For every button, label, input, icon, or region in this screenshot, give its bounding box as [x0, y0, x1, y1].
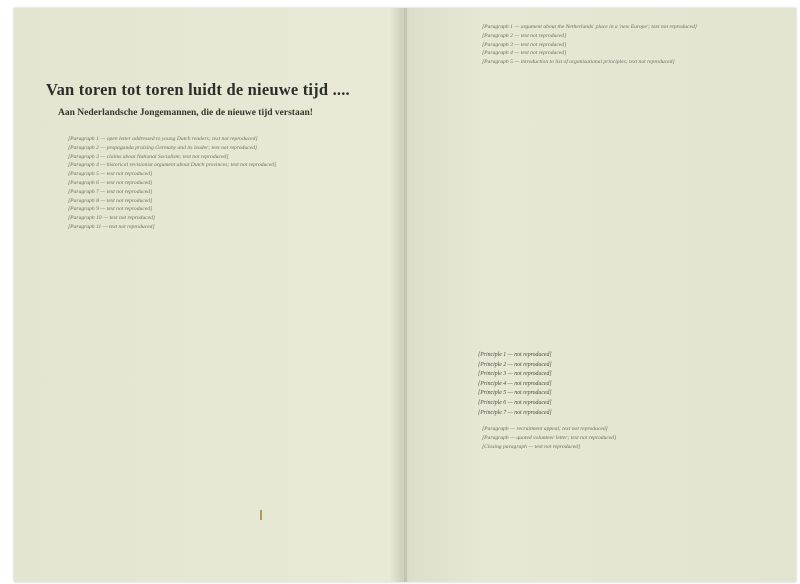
paragraph: [Paragraph 7 — text not reproduced] — [42, 189, 324, 196]
paragraph: [Closing paragraph — text not reproduced… — [456, 444, 738, 451]
left-page: Van toren tot toren luidt de nieuwe tijd… — [14, 8, 400, 582]
paragraph: [Paragraph 3 — claims about National Soc… — [42, 154, 324, 161]
paragraph: [Paragraph 1 — open letter addressed to … — [42, 136, 324, 143]
paragraph: [Paragraph — quoted volunteer letter; te… — [456, 435, 738, 442]
paragraph: [Principle 1 — not reproduced] — [478, 352, 718, 362]
paragraph: [Paragraph 1 — argument about the Nether… — [456, 24, 738, 31]
paragraph: [Paragraph 9 — text not reproduced] — [42, 206, 324, 213]
page-subtitle: Aan Nederlandsche Jongemannen, die de ni… — [58, 108, 378, 118]
paragraph: [Paragraph 2 — text not reproduced] — [456, 33, 738, 40]
paragraph: [Principle 3 — not reproduced] — [478, 371, 718, 381]
paragraph: [Principle 2 — not reproduced] — [478, 362, 718, 372]
right-page: [Paragraph 1 — argument about the Nether… — [406, 8, 796, 582]
paragraph: [Paragraph 8 — text not reproduced] — [42, 198, 324, 205]
document-spread: Van toren tot toren luidt de nieuwe tijd… — [14, 8, 796, 582]
left-body-text: [Paragraph 1 — open letter addressed to … — [42, 136, 324, 233]
paragraph: [Paragraph 5 — text not reproduced] — [42, 171, 324, 178]
paragraph: [Principle 4 — not reproduced] — [478, 381, 718, 391]
paragraph: [Paragraph 3 — text not reproduced] — [456, 42, 738, 49]
paragraph: [Principle 5 — not reproduced] — [478, 390, 718, 400]
paragraph: [Paragraph 11 — text not reproduced] — [42, 224, 324, 231]
paragraph: [Principle 6 — not reproduced] — [478, 400, 718, 410]
paragraph: [Paragraph 2 — propaganda praising Germa… — [42, 145, 324, 152]
paragraph: [Paragraph 6 — text not reproduced] — [42, 180, 324, 187]
right-body-text-bottom: [Paragraph — recruitment appeal; text no… — [456, 426, 738, 452]
paragraph: [Paragraph 10 — text not reproduced] — [42, 215, 324, 222]
paragraph: [Paragraph 5 — introduction to list of o… — [456, 59, 738, 66]
paragraph: [Paragraph 4 — historical revisionist ar… — [42, 162, 324, 169]
principles-list: [Principle 1 — not reproduced][Principle… — [478, 352, 718, 419]
right-body-text-top: [Paragraph 1 — argument about the Nether… — [456, 24, 738, 68]
paragraph: [Principle 7 — not reproduced] — [478, 410, 718, 420]
paragraph: [Paragraph 4 — text not reproduced] — [456, 50, 738, 57]
paragraph: [Paragraph — recruitment appeal; text no… — [456, 426, 738, 433]
page-title: Van toren tot toren luidt de nieuwe tijd… — [46, 80, 386, 100]
paper-mark — [260, 510, 262, 520]
